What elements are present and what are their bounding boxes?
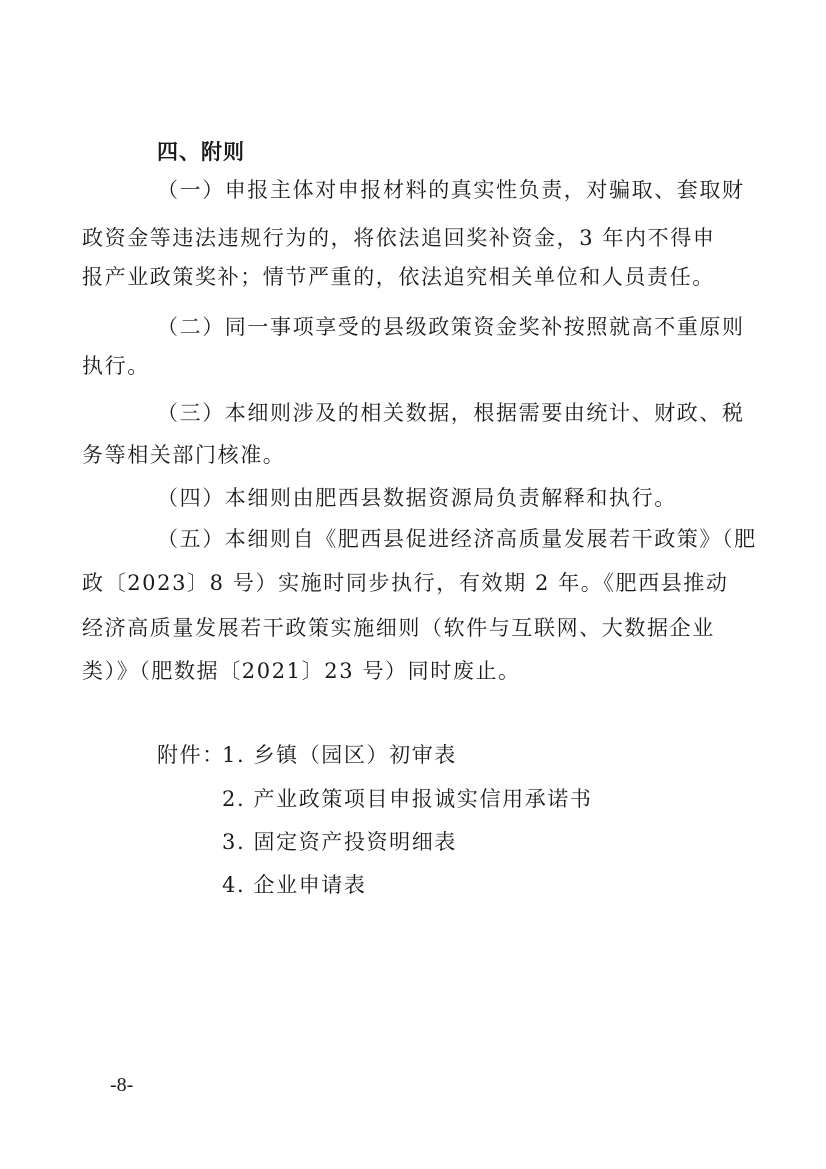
paragraph-1-line-1: （一）申报主体对申报材料的真实性负责，对骗取、套取财 bbox=[157, 178, 745, 202]
paragraph-1-line-2: 政资金等违法违规行为的，将依法追回奖补资金，3 年内不得申 bbox=[82, 226, 715, 250]
paragraph-3-line-2: 务等相关部门核准。 bbox=[82, 443, 285, 467]
paragraph-5-line-3: 经济高质量发展若干政策实施细则（软件与互联网、大数据企业 bbox=[82, 616, 715, 640]
paragraph-2-line-2: 执行。 bbox=[82, 354, 150, 378]
paragraph-3-line-1: （三）本细则涉及的相关数据，根据需要由统计、财政、税 bbox=[157, 401, 745, 425]
paragraph-2-line-1: （二）同一事项享受的县级政策资金奖补按照就高不重原则 bbox=[157, 315, 745, 339]
paragraph-5-line-1: （五）本细则自《肥西县促进经济高质量发展若干政策》（肥 bbox=[157, 527, 757, 551]
paragraph-4-line-1: （四）本细则由肥西县数据资源局负责解释和执行。 bbox=[157, 486, 677, 510]
paragraph-5-line-4: 类）》（肥数据〔2021〕23 号）同时废止。 bbox=[82, 659, 521, 683]
document-page: 四、附则 （一）申报主体对申报材料的真实性负责，对骗取、套取财 政资金等违法违规… bbox=[0, 0, 826, 1169]
attachment-item-4: 4. 企业申请表 bbox=[222, 873, 367, 897]
attachment-item-2: 2. 产业政策项目申报诚实信用承诺书 bbox=[222, 787, 593, 811]
page-number: -8- bbox=[110, 1074, 133, 1097]
attachments-label: 附件： bbox=[157, 743, 225, 767]
paragraph-5-line-2: 政〔2023〕8 号）实施时同步执行，有效期 2 年。《肥西县推动 bbox=[82, 571, 729, 595]
attachment-item-3: 3. 固定资产投资明细表 bbox=[222, 830, 457, 854]
attachment-item-1: 1. 乡镇（园区）初审表 bbox=[222, 743, 457, 767]
section-heading: 四、附则 bbox=[157, 136, 245, 166]
paragraph-1-line-3: 报产业政策奖补；情节严重的，依法追究相关单位和人员责任。 bbox=[82, 265, 715, 289]
